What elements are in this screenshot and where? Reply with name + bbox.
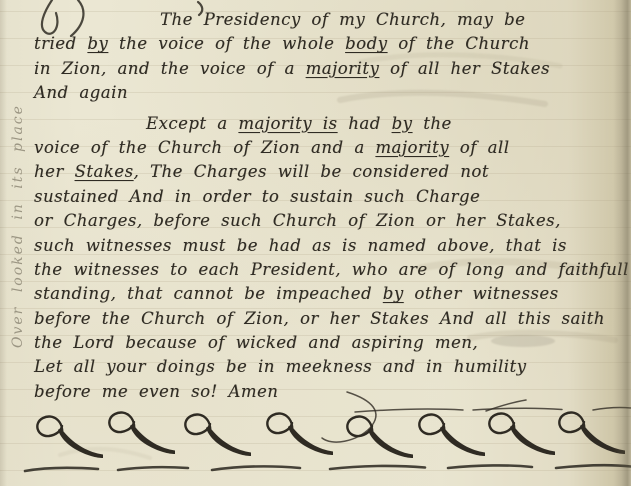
ink-dash [118, 467, 188, 470]
ink-dash [212, 466, 300, 470]
pen-flourish-row [0, 388, 631, 486]
ink-dash [330, 466, 425, 469]
manuscript-line: Except a majority is had by the [34, 112, 626, 136]
amen-rule-line [355, 409, 463, 412]
pen-flourish [267, 414, 333, 455]
ink-dash [556, 465, 631, 468]
manuscript-lines: The Presidency of my Church, may betried… [34, 8, 626, 404]
pen-flourish [419, 415, 485, 456]
ink-dash [25, 468, 98, 471]
manuscript-line: such witnesses must be had as is named a… [34, 234, 626, 258]
manuscript-line: Let all your doings be in meekness and i… [34, 355, 626, 379]
pen-flourish [37, 417, 103, 458]
amen-flourish [322, 392, 376, 442]
manuscript-line: the witnesses to each President, who are… [34, 258, 626, 282]
ink-dash [448, 465, 532, 468]
manuscript-line: sustained And in order to sustain such C… [34, 185, 626, 209]
manuscript-line: tried by the voice of the whole body of … [34, 32, 626, 56]
pen-flourish [109, 413, 175, 454]
pen-stroke [593, 408, 631, 410]
manuscript-line: before the Church of Zion, or her Stakes… [34, 307, 626, 331]
pen-flourish [559, 413, 625, 454]
pen-stroke [486, 400, 526, 411]
manuscript-line: The Presidency of my Church, may be [34, 8, 626, 32]
manuscript-line: standing, that cannot be impeached by ot… [34, 282, 626, 306]
pen-flourish [185, 415, 251, 456]
manuscript-line: And again [34, 81, 626, 105]
manuscript-line: her Stakes, The Charges will be consider… [34, 160, 626, 184]
amen-rule-line [473, 408, 562, 410]
manuscript-line: in Zion, and the voice of a majority of … [34, 57, 626, 81]
manuscript-line: the Lord because of wicked and aspiring … [34, 331, 626, 355]
pen-flourish [489, 414, 555, 455]
manuscript-line: or Charges, before such Church of Zion o… [34, 209, 626, 233]
manuscript-line: voice of the Church of Zion and a majori… [34, 136, 626, 160]
margin-note-pencil: Over looked in its place [10, 28, 32, 348]
manuscript-page: Over looked in its place The Presidency … [0, 0, 631, 486]
